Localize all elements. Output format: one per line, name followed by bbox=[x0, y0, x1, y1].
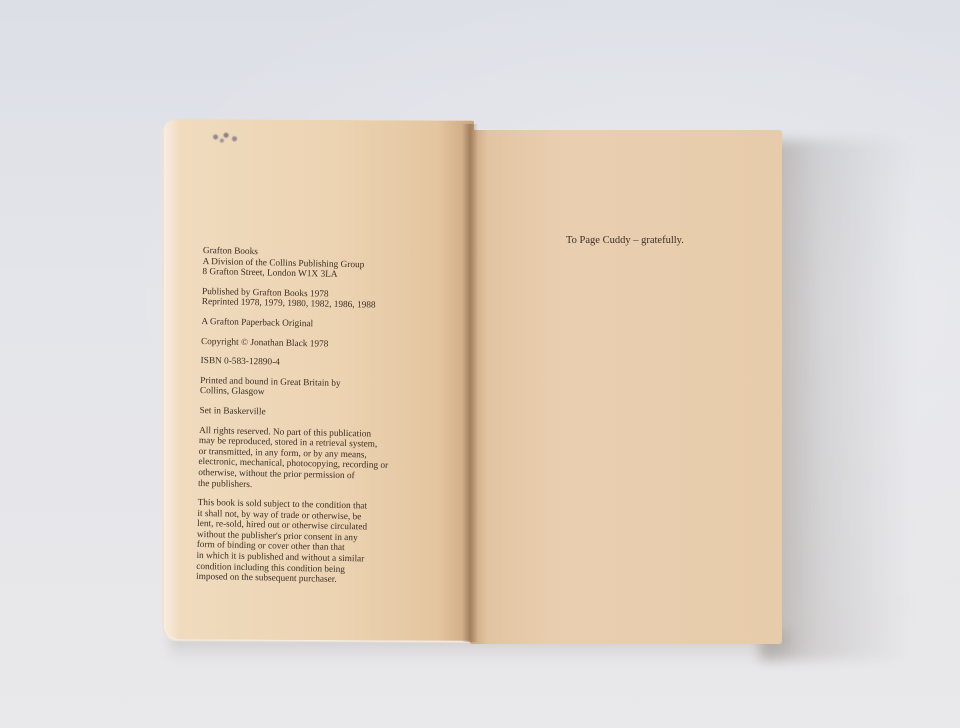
book-shadow bbox=[760, 140, 910, 660]
copyright-imprint: Grafton Books A Division of the Collins … bbox=[196, 246, 403, 596]
dedication-page bbox=[470, 130, 782, 644]
isbn-line: ISBN 0-583-12890-4 bbox=[200, 356, 400, 371]
publication-block: Published by Grafton Books 1978 Reprinte… bbox=[202, 287, 402, 312]
reprinted-line: Reprinted 1978, 1979, 1980, 1982, 1986, … bbox=[202, 297, 376, 311]
ink-stamp-mark bbox=[203, 128, 245, 146]
publisher-address: 8 Grafton Street, London W1X 3LA bbox=[202, 267, 337, 280]
publisher-block: Grafton Books A Division of the Collins … bbox=[202, 246, 403, 282]
book-spine-gutter bbox=[462, 124, 478, 642]
typeface-line: Set in Baskerville bbox=[199, 406, 399, 421]
printer-line: Printed and bound in Great Britain by Co… bbox=[200, 376, 400, 401]
copyright-line: Copyright © Jonathan Black 1978 bbox=[201, 337, 401, 352]
rights-paragraph: All rights reserved. No part of this pub… bbox=[198, 425, 399, 493]
conditions-paragraph: This book is sold subject to the conditi… bbox=[196, 498, 398, 587]
publisher-name: Grafton Books bbox=[203, 246, 258, 257]
dedication-text: To Page Cuddy – gratefully. bbox=[566, 235, 684, 246]
edition-line: A Grafton Paperback Original bbox=[201, 317, 401, 332]
